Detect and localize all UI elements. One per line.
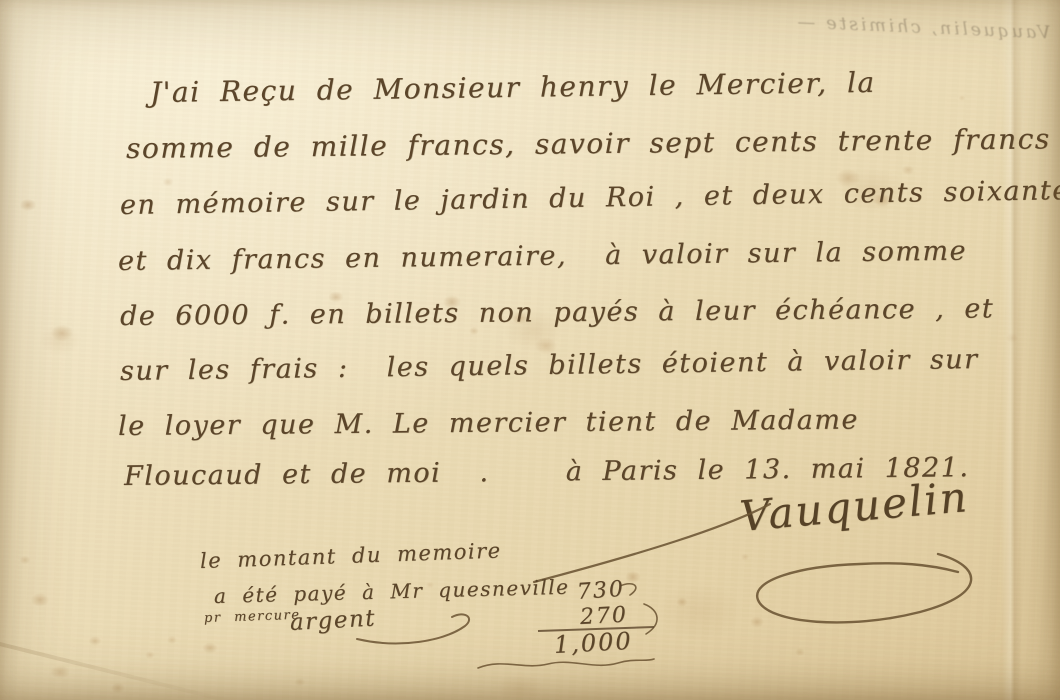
manuscript-paper: Vauquelin, chimiste — J'ai Reçu de Monsi… xyxy=(0,0,1060,700)
manuscript-line-4: et dix francs en numeraire, à valoir sur… xyxy=(118,236,967,277)
manuscript-line-6: sur les frais : les quels billets étoien… xyxy=(120,344,979,387)
manuscript-line-3: en mémoire sur le jardin du Roi , et deu… xyxy=(120,175,1060,221)
amount-argent: 270 xyxy=(579,603,628,630)
manuscript-line-2: somme de mille francs, savoir sept cents… xyxy=(126,122,1051,165)
paper-crease-right xyxy=(1002,0,1022,700)
amount-total: 1,000 xyxy=(553,627,633,659)
pencil-annotation-showthrough: Vauquelin, chimiste — xyxy=(751,10,1051,65)
amount-memoire: 730 xyxy=(576,577,626,605)
settlement-note-line-2: a été payé à Mr quesneville xyxy=(214,575,570,608)
manuscript-line-5: de 6000 ƒ. en billets non payés à leur é… xyxy=(120,293,994,332)
settlement-note-payer-abbrev: pr mercure xyxy=(204,608,301,626)
settlement-note-argent-label: argent xyxy=(289,606,376,636)
manuscript-line-7: le loyer que M. Le mercier tient de Mada… xyxy=(118,405,859,442)
paper-crease-bottom-left xyxy=(0,636,248,700)
manuscript-line-1: J'ai Reçu de Monsieur henry le Mercier, … xyxy=(150,66,876,109)
settlement-note-line-1: le montant du memoire xyxy=(200,538,502,573)
